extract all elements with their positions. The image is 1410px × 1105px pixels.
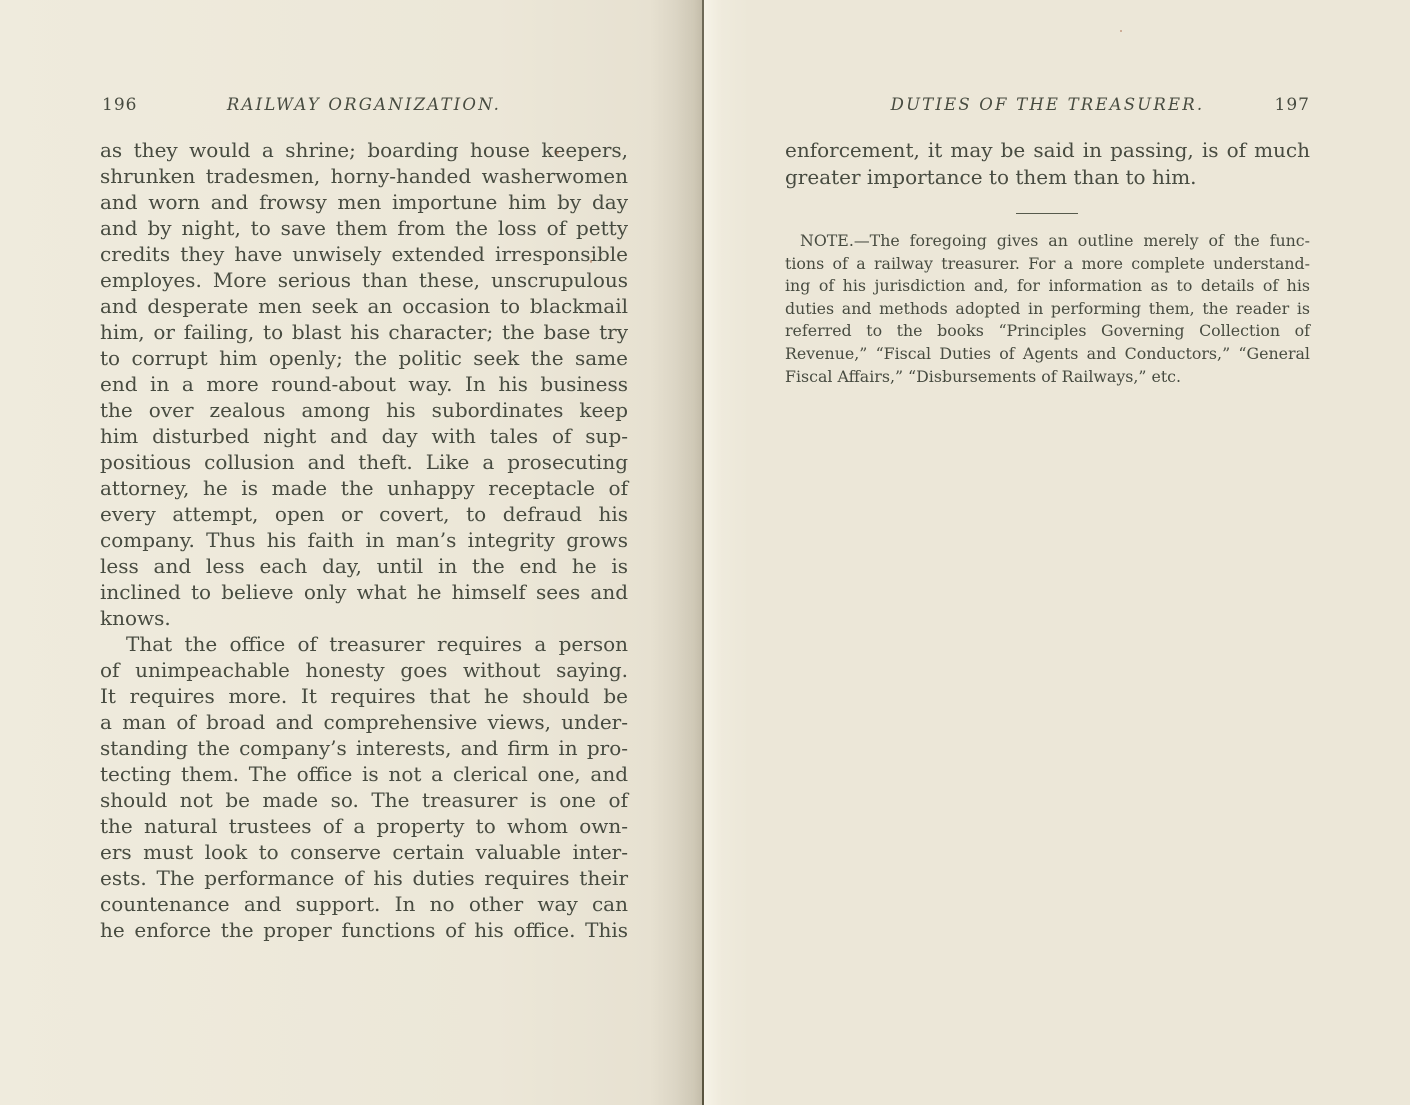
text-line: knows. (100, 605, 628, 631)
text-line: employes. More serious than these, unscr… (100, 267, 628, 293)
text-line: every attempt, open or covert, to defrau… (100, 501, 628, 527)
right-page: DUTIES OF THE TREASURER. 197 enforcement… (705, 0, 1410, 1105)
section-divider-rule (1016, 213, 1078, 214)
left-page: 196 RAILWAY ORGANIZATION. as they would … (0, 0, 703, 1105)
text-line: duties and methods adopted in performing… (785, 298, 1310, 321)
text-line: as they would a shrine; boarding house k… (100, 137, 628, 163)
text-line: standing the company’s interests, and fi… (100, 735, 628, 761)
paper-speck (1120, 30, 1122, 32)
left-running-header: RAILWAY ORGANIZATION. (100, 95, 628, 114)
text-line: That the office of treasurer requires a … (100, 631, 628, 657)
gutter-binding-line (702, 0, 704, 1105)
right-page-number: 197 (1275, 95, 1310, 115)
text-line: to corrupt him openly; the politic seek … (100, 345, 628, 371)
text-line: a man of broad and comprehensive views, … (100, 709, 628, 735)
right-running-header: DUTIES OF THE TREASURER. (785, 95, 1310, 114)
gutter-shadow-left (650, 0, 702, 1105)
text-line: ing of his jurisdiction and, for informa… (785, 275, 1310, 298)
text-line: of unimpeachable honesty goes without sa… (100, 657, 628, 683)
text-line: less and less each day, until in the end… (100, 553, 628, 579)
text-line: him disturbed night and day with tales o… (100, 423, 628, 449)
book-spread: 196 RAILWAY ORGANIZATION. as they would … (0, 0, 1410, 1105)
text-line: company. Thus his faith in man’s integri… (100, 527, 628, 553)
gutter-shadow-right (704, 0, 750, 1105)
text-line: It requires more. It requires that he sh… (100, 683, 628, 709)
text-line: Revenue,” “Fiscal Duties of Agents and C… (785, 343, 1310, 366)
text-line: should not be made so. The treasurer is … (100, 787, 628, 813)
text-line: him, or failing, to blast his character;… (100, 319, 628, 345)
left-body-text: as they would a shrine; boarding house k… (100, 137, 628, 943)
left-page-number: 196 (102, 95, 137, 115)
text-line: the over zealous among his subordinates … (100, 397, 628, 423)
text-line: referred to the books “Principles Govern… (785, 320, 1310, 343)
text-line: countenance and support. In no other way… (100, 891, 628, 917)
text-line: and worn and frowsy men importune him by… (100, 189, 628, 215)
paper-speck (556, 151, 559, 154)
right-body-text: enforcement, it may be said in passing, … (785, 137, 1310, 191)
text-line: greater importance to them than to him. (785, 164, 1310, 191)
text-line: attorney, he is made the unhappy recepta… (100, 475, 628, 501)
text-line: ests. The performance of his duties requ… (100, 865, 628, 891)
left-running-header-row: 196 RAILWAY ORGANIZATION. (100, 95, 628, 114)
text-line: and desperate men seek an occasion to bl… (100, 293, 628, 319)
text-line: shrunken tradesmen, horny-handed washerw… (100, 163, 628, 189)
text-line: he enforce the proper functions of his o… (100, 917, 628, 943)
text-line: credits they have unwisely extended irre… (100, 241, 628, 267)
text-line: enforcement, it may be said in passing, … (785, 137, 1310, 164)
text-line: Fiscal Affairs,” “Disbursements of Railw… (785, 366, 1310, 389)
text-line: inclined to believe only what he himself… (100, 579, 628, 605)
text-line: and by night, to save them from the loss… (100, 215, 628, 241)
text-line: NOTE.—The foregoing gives an outline mer… (785, 230, 1310, 253)
text-line: the natural trustees of a property to wh… (100, 813, 628, 839)
text-line: tions of a railway treasurer. For a more… (785, 253, 1310, 276)
paper-speck (590, 260, 592, 263)
right-running-header-row: DUTIES OF THE TREASURER. 197 (785, 95, 1310, 114)
text-line: end in a more round-about way. In his bu… (100, 371, 628, 397)
footnote-text: NOTE.—The foregoing gives an outline mer… (785, 230, 1310, 388)
text-line: positious collusion and theft. Like a pr… (100, 449, 628, 475)
text-line: tecting them. The office is not a cleric… (100, 761, 628, 787)
text-line: ers must look to conserve certain valuab… (100, 839, 628, 865)
